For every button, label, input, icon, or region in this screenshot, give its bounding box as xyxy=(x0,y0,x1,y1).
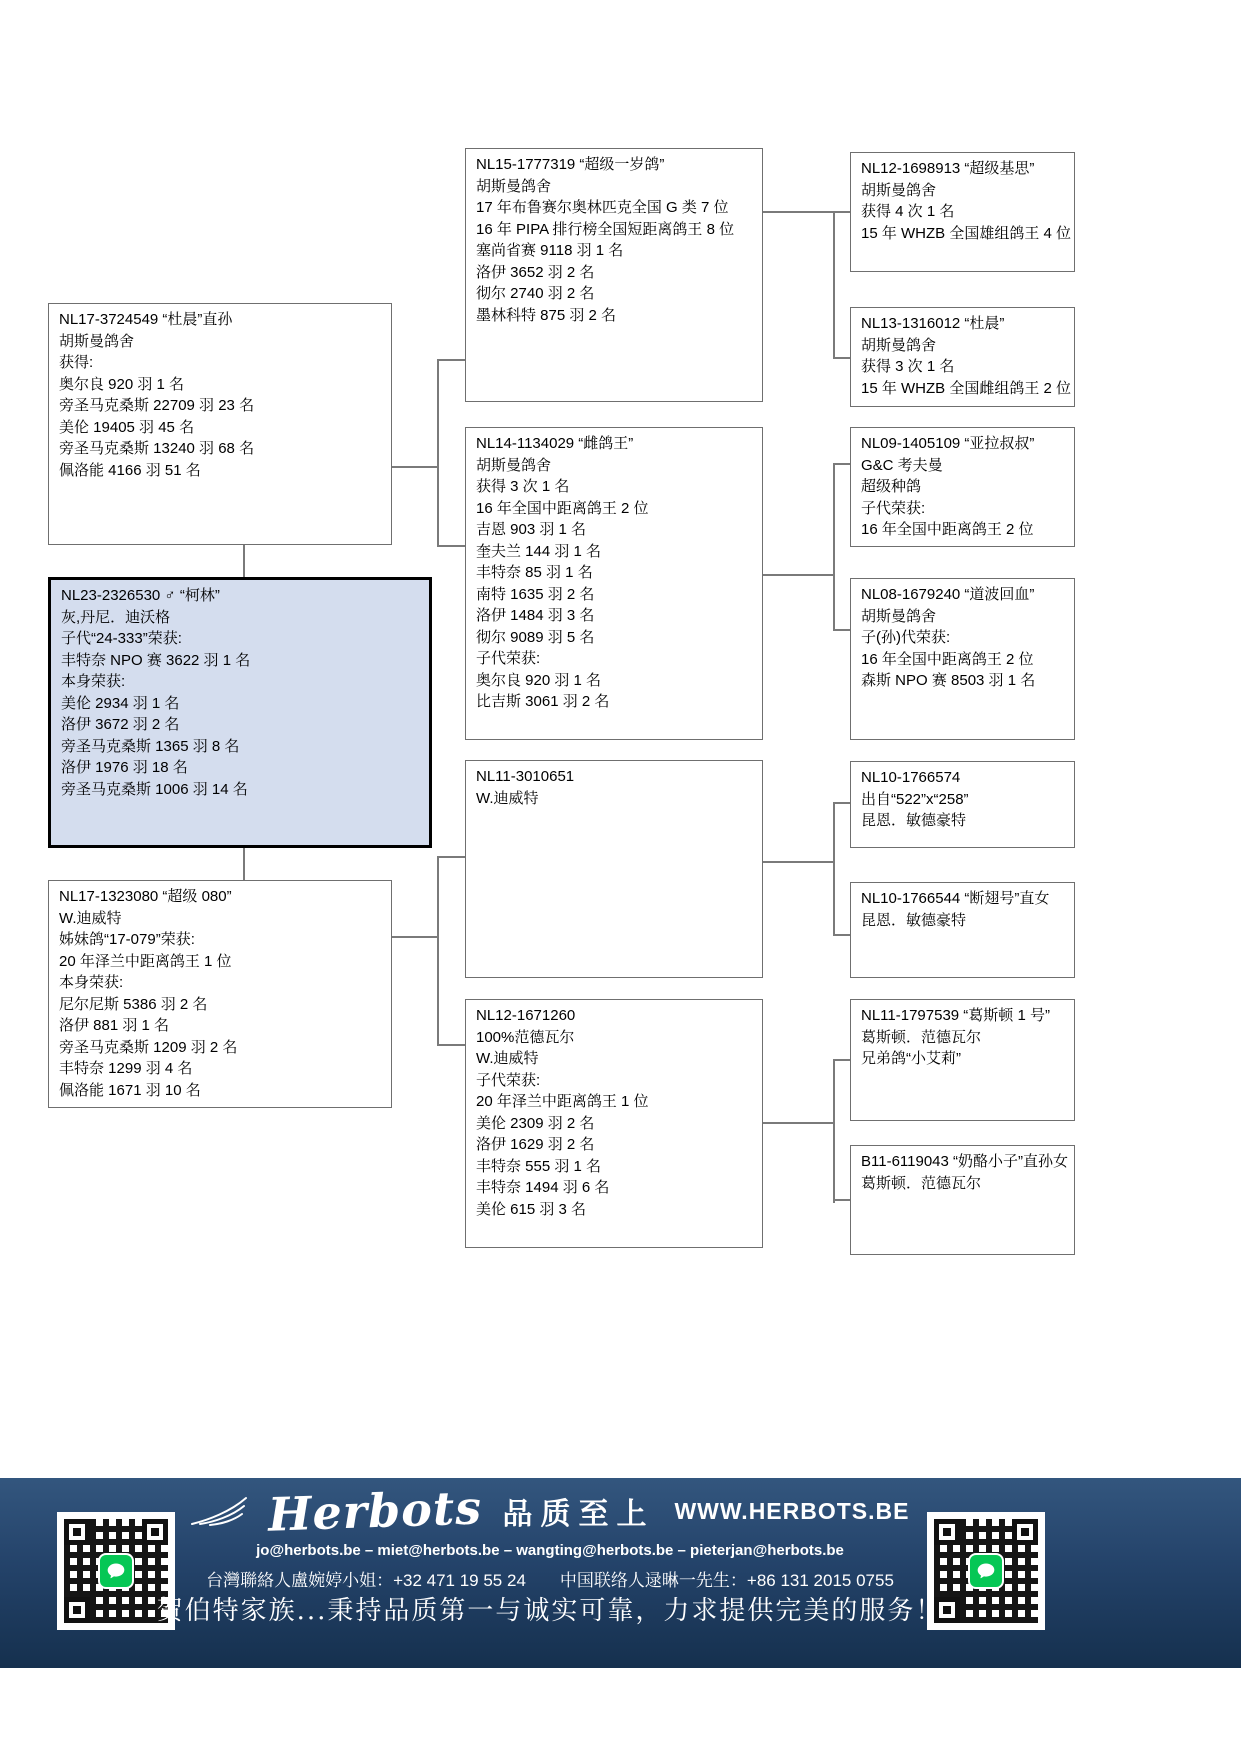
pedigree-line: W.迪威特 xyxy=(476,1048,762,1070)
pedigree-box-subject: NL23-2326530 ♂ “柯林” 灰,丹尼．迪沃格子代“24-333”荣获… xyxy=(48,577,432,848)
pedigree-line: 20 年泽兰中距离鸽王 1 位 xyxy=(59,951,391,973)
pigeon-id-title: NL15-1777319 “超级一岁鸽” xyxy=(476,154,762,176)
pedigree-line: 旁圣马克桑斯 1006 羽 14 名 xyxy=(61,779,429,801)
herbots-logo: Herbots xyxy=(268,1480,484,1541)
pedigree-line: 16 年全国中距离鸽王 2 位 xyxy=(861,649,1074,671)
pedigree-box-sire: NL17-3724549 “杜晨”直孙 胡斯曼鸽舍获得:奥尔良 920 羽 1 … xyxy=(48,303,392,545)
connector-line xyxy=(833,463,835,631)
pigeon-id-title: NL12-1698913 “超级基思” xyxy=(861,158,1074,180)
pigeon-result-lines: 昆恩．敏德豪特 xyxy=(861,910,1074,932)
connector-line xyxy=(763,574,833,576)
connector-line xyxy=(833,802,850,804)
pedigree-line: W.迪威特 xyxy=(59,908,391,930)
pedigree-line: 16 年 PIPA 排行榜全国短距离鸽王 8 位 xyxy=(476,219,762,241)
pedigree-line: 森斯 NPO 赛 8503 羽 1 名 xyxy=(861,670,1074,692)
pigeon-result-lines: 胡斯曼鸽舍获得 4 次 1 名15 年 WHZB 全国雄组鸽王 4 位 xyxy=(861,180,1074,245)
pedigree-line: 获得 3 次 1 名 xyxy=(476,476,762,498)
pigeon-result-lines: W.迪威特姊妹鸽“17-079”荣获:20 年泽兰中距离鸽王 1 位本身荣获:尼… xyxy=(59,908,391,1102)
pedigree-box-g3-4: NL08-1679240 “道波回血” 胡斯曼鸽舍子(孙)代荣获:16 年全国中… xyxy=(850,578,1075,740)
pedigree-line: 16 年全国中距离鸽王 2 位 xyxy=(476,498,762,520)
pedigree-line: 子代荣获: xyxy=(861,498,1074,520)
pedigree-line: 子代“24-333”荣获: xyxy=(61,628,429,650)
pedigree-line: 奥尔良 920 羽 1 名 xyxy=(59,374,391,396)
pigeon-result-lines: 胡斯曼鸽舍获得 3 次 1 名16 年全国中距离鸽王 2 位吉恩 903 羽 1… xyxy=(476,455,762,713)
pedigree-line: 洛伊 881 羽 1 名 xyxy=(59,1015,391,1037)
pedigree-line: 获得 4 次 1 名 xyxy=(861,201,1074,223)
connector-line xyxy=(833,629,850,631)
pedigree-line: 昆恩．敏德豪特 xyxy=(861,910,1074,932)
pedigree-line: 20 年泽兰中距离鸽王 1 位 xyxy=(476,1091,762,1113)
pigeon-id-title: NL17-3724549 “杜晨”直孙 xyxy=(59,309,391,331)
pedigree-line: 100%范德瓦尔 xyxy=(476,1027,762,1049)
pigeon-id-title: NL17-1323080 “超级 080” xyxy=(59,886,391,908)
pigeon-result-lines: 胡斯曼鸽舍获得:奥尔良 920 羽 1 名旁圣马克桑斯 22709 羽 23 名… xyxy=(59,331,391,482)
qr-finder-icon xyxy=(64,1519,90,1545)
pedigree-line: 比吉斯 3061 羽 2 名 xyxy=(476,691,762,713)
contact-phones: 台灣聯絡人盧婉婷小姐：+32 471 19 55 24 中国联络人逯晽一先生：+… xyxy=(185,1566,915,1591)
pedigree-line: 美伦 2934 羽 1 名 xyxy=(61,693,429,715)
pedigree-line: 丰特奈 555 羽 1 名 xyxy=(476,1156,762,1178)
pigeon-id-title: B11-6119043 “奶酪小子”直孙女 xyxy=(861,1151,1074,1173)
pedigree-line: 旁圣马克桑斯 22709 羽 23 名 xyxy=(59,395,391,417)
pigeon-id-title: NL11-1797539 “葛斯顿 1 号” xyxy=(861,1005,1074,1027)
qr-finder-icon xyxy=(1012,1519,1038,1545)
pedigree-line: 洛伊 3652 羽 2 名 xyxy=(476,262,762,284)
connector-line xyxy=(392,936,437,938)
connector-line xyxy=(833,1199,850,1201)
pigeon-id-title: NL08-1679240 “道波回血” xyxy=(861,584,1074,606)
pedigree-line: 丰特奈 1299 羽 4 名 xyxy=(59,1058,391,1080)
pedigree-line: 丰特奈 1494 羽 6 名 xyxy=(476,1177,762,1199)
connector-line xyxy=(243,848,245,880)
pigeon-id-title: NL10-1766574 xyxy=(861,767,1074,789)
pigeon-result-lines: 出自“522”x“258”昆恩．敏德豪特 xyxy=(861,789,1074,832)
connector-line xyxy=(763,211,850,213)
pigeon-result-lines: 100%范德瓦尔W.迪威特子代荣获:20 年泽兰中距离鸽王 1 位美伦 2309… xyxy=(476,1027,762,1221)
connector-line xyxy=(437,545,465,547)
pedigree-box-dam-dam: NL12-1671260 100%范德瓦尔W.迪威特子代荣获:20 年泽兰中距离… xyxy=(465,999,763,1248)
pigeon-id-title: NL23-2326530 ♂ “柯林” xyxy=(61,585,429,607)
connector-line xyxy=(833,934,850,936)
pigeon-id-title: NL13-1316012 “杜晨” xyxy=(861,313,1074,335)
pigeon-id-title: NL11-3010651 xyxy=(476,766,762,788)
pedigree-line: 胡斯曼鸽舍 xyxy=(861,606,1074,628)
wechat-qr-code xyxy=(927,1512,1045,1630)
pedigree-line: 灰,丹尼．迪沃格 xyxy=(61,607,429,629)
pedigree-box-sire-dam: NL14-1134029 “雌鸽王” 胡斯曼鸽舍获得 3 次 1 名16 年全国… xyxy=(465,427,763,740)
pedigree-box-g3-5: NL10-1766574 出自“522”x“258”昆恩．敏德豪特 xyxy=(850,761,1075,848)
pedigree-line: 胡斯曼鸽舍 xyxy=(476,455,762,477)
brand-row: Herbots 品质至上 WWW.HERBOTS.BE xyxy=(185,1482,915,1540)
pedigree-line: 15 年 WHZB 全国雌组鸽王 2 位 xyxy=(861,378,1074,400)
connector-line xyxy=(243,545,245,577)
pedigree-line: 姊妹鸽“17-079”荣获: xyxy=(59,929,391,951)
wing-icon xyxy=(190,1494,248,1528)
connector-line xyxy=(763,861,833,863)
pigeon-result-lines: 胡斯曼鸽舍子(孙)代荣获:16 年全国中距离鸽王 2 位森斯 NPO 赛 850… xyxy=(861,606,1074,692)
chat-bubble-icon xyxy=(106,1561,126,1581)
pedigree-line: 胡斯曼鸽舍 xyxy=(476,176,762,198)
pedigree-line: 洛伊 1484 羽 3 名 xyxy=(476,605,762,627)
pedigree-line: 尼尔尼斯 5386 羽 2 名 xyxy=(59,994,391,1016)
pedigree-line: 出自“522”x“258” xyxy=(861,789,1074,811)
connector-line xyxy=(437,856,465,858)
pedigree-line: 美伦 2309 羽 2 名 xyxy=(476,1113,762,1135)
pedigree-line: 子代荣获: xyxy=(476,648,762,670)
connector-line xyxy=(392,466,437,468)
pedigree-line: 旁圣马克桑斯 1209 羽 2 名 xyxy=(59,1037,391,1059)
connector-line xyxy=(833,357,850,359)
pedigree-line: 洛伊 3672 羽 2 名 xyxy=(61,714,429,736)
qr-finder-icon xyxy=(64,1597,90,1623)
connector-line xyxy=(833,1059,835,1203)
pedigree-box-g3-7: NL11-1797539 “葛斯顿 1 号” 葛斯顿．范德瓦尔兄弟鸽“小艾莉” xyxy=(850,999,1075,1121)
pedigree-line: 17 年布鲁赛尔奥林匹克全国 G 类 7 位 xyxy=(476,197,762,219)
pedigree-line: 丰特奈 85 羽 1 名 xyxy=(476,562,762,584)
pedigree-line: 获得 3 次 1 名 xyxy=(861,356,1074,378)
pigeon-result-lines: G&C 考夫曼超级种鸽子代荣获:16 年全国中距离鸽王 2 位 xyxy=(861,455,1074,541)
pedigree-line: 彻尔 9089 羽 5 名 xyxy=(476,627,762,649)
pedigree-line: 佩洛能 4166 羽 51 名 xyxy=(59,460,391,482)
connector-line xyxy=(437,359,439,547)
slogan-text: 贺伯特家族...秉持品质第一与诚实可靠，力求提供完美的服务！ xyxy=(150,1590,950,1627)
pedigree-line: 洛伊 1976 羽 18 名 xyxy=(61,757,429,779)
pedigree-line: 获得: xyxy=(59,352,391,374)
pigeon-result-lines: W.迪威特 xyxy=(476,788,762,810)
connector-line xyxy=(437,856,439,1046)
pedigree-line: 奥尔良 920 羽 1 名 xyxy=(476,670,762,692)
connector-line xyxy=(763,1122,833,1124)
pedigree-box-sire-sire: NL15-1777319 “超级一岁鸽” 胡斯曼鸽舍17 年布鲁赛尔奥林匹克全国… xyxy=(465,148,763,402)
pigeon-id-title: NL14-1134029 “雌鸽王” xyxy=(476,433,762,455)
pedigree-box-g3-6: NL10-1766544 “断翅号”直女 昆恩．敏德豪特 xyxy=(850,882,1075,978)
pedigree-line: 奎夫兰 144 羽 1 名 xyxy=(476,541,762,563)
pedigree-line: 佩洛能 1671 羽 10 名 xyxy=(59,1080,391,1102)
pedigree-box-g3-1: NL12-1698913 “超级基思” 胡斯曼鸽舍获得 4 次 1 名15 年 … xyxy=(850,152,1075,272)
pedigree-line: 胡斯曼鸽舍 xyxy=(861,180,1074,202)
pedigree-line: 彻尔 2740 羽 2 名 xyxy=(476,283,762,305)
wechat-chat-icon xyxy=(968,1553,1004,1589)
chat-bubble-icon xyxy=(976,1561,996,1581)
connector-line xyxy=(437,359,465,361)
pedigree-line: 16 年全国中距离鸽王 2 位 xyxy=(861,519,1074,541)
pigeon-result-lines: 胡斯曼鸽舍17 年布鲁赛尔奥林匹克全国 G 类 7 位16 年 PIPA 排行榜… xyxy=(476,176,762,327)
pedigree-line: 昆恩．敏德豪特 xyxy=(861,810,1074,832)
pigeon-result-lines: 灰,丹尼．迪沃格子代“24-333”荣获:丰特奈 NPO 赛 3622 羽 1 … xyxy=(61,607,429,801)
pedigree-line: 子代荣获: xyxy=(476,1070,762,1092)
pedigree-line: 旁圣马克桑斯 13240 羽 68 名 xyxy=(59,438,391,460)
footer-banner: Herbots 品质至上 WWW.HERBOTS.BE jo@herbots.b… xyxy=(0,1478,1241,1668)
connector-line xyxy=(833,463,850,465)
pedigree-line: 南特 1635 羽 2 名 xyxy=(476,584,762,606)
pedigree-line: 旁圣马克桑斯 1365 羽 8 名 xyxy=(61,736,429,758)
qr-finder-icon xyxy=(934,1519,960,1545)
pigeon-result-lines: 葛斯顿．范德瓦尔 xyxy=(861,1173,1074,1195)
pedigree-line: W.迪威特 xyxy=(476,788,762,810)
pedigree-box-g3-3: NL09-1405109 “亚拉叔叔” G&C 考夫曼超级种鸽子代荣获:16 年… xyxy=(850,427,1075,547)
pigeon-id-title: NL12-1671260 xyxy=(476,1005,762,1027)
tagline-text: 品质至上 xyxy=(502,1489,654,1533)
pedigree-line: 15 年 WHZB 全国雄组鸽王 4 位 xyxy=(861,223,1074,245)
pedigree-line: 丰特奈 NPO 赛 3622 羽 1 名 xyxy=(61,650,429,672)
pedigree-line: 墨林科特 875 羽 2 名 xyxy=(476,305,762,327)
pigeon-result-lines: 葛斯顿．范德瓦尔兄弟鸽“小艾莉” xyxy=(861,1027,1074,1070)
pedigree-line: 兄弟鸽“小艾莉” xyxy=(861,1048,1074,1070)
pedigree-line: 吉恩 903 羽 1 名 xyxy=(476,519,762,541)
pedigree-box-g3-2: NL13-1316012 “杜晨” 胡斯曼鸽舍获得 3 次 1 名15 年 WH… xyxy=(850,307,1075,407)
pigeon-id-title: NL09-1405109 “亚拉叔叔” xyxy=(861,433,1074,455)
pedigree-line: 美伦 615 羽 3 名 xyxy=(476,1199,762,1221)
pedigree-line: 葛斯顿．范德瓦尔 xyxy=(861,1173,1074,1195)
pedigree-line: G&C 考夫曼 xyxy=(861,455,1074,477)
pedigree-line: 美伦 19405 羽 45 名 xyxy=(59,417,391,439)
pedigree-line: 子(孙)代荣获: xyxy=(861,627,1074,649)
pedigree-line: 胡斯曼鸽舍 xyxy=(59,331,391,353)
pigeon-result-lines: 胡斯曼鸽舍获得 3 次 1 名15 年 WHZB 全国雌组鸽王 2 位 xyxy=(861,335,1074,400)
line-chat-icon xyxy=(98,1553,134,1589)
qr-finder-icon xyxy=(142,1519,168,1545)
connector-line xyxy=(437,1044,465,1046)
connector-line xyxy=(833,1059,850,1061)
pedigree-box-g3-8: B11-6119043 “奶酪小子”直孙女 葛斯顿．范德瓦尔 xyxy=(850,1145,1075,1255)
connector-line xyxy=(833,211,835,359)
pedigree-line: 胡斯曼鸽舍 xyxy=(861,335,1074,357)
pedigree-box-dam: NL17-1323080 “超级 080” W.迪威特姊妹鸽“17-079”荣获… xyxy=(48,880,392,1108)
pedigree-line: 超级种鸽 xyxy=(861,476,1074,498)
pedigree-line: 葛斯顿．范德瓦尔 xyxy=(861,1027,1074,1049)
pedigree-page: NL17-3724549 “杜晨”直孙 胡斯曼鸽舍获得:奥尔良 920 羽 1 … xyxy=(0,0,1241,1755)
email-list: jo@herbots.be – miet@herbots.be – wangti… xyxy=(185,1542,915,1559)
qr-finder-icon xyxy=(934,1597,960,1623)
pedigree-line: 洛伊 1629 羽 2 名 xyxy=(476,1134,762,1156)
pedigree-box-dam-sire: NL11-3010651 W.迪威特 xyxy=(465,760,763,978)
pedigree-line: 本身荣获: xyxy=(59,972,391,994)
pedigree-line: 本身荣获: xyxy=(61,671,429,693)
pigeon-id-title: NL10-1766544 “断翅号”直女 xyxy=(861,888,1074,910)
website-text: WWW.HERBOTS.BE xyxy=(674,1498,909,1525)
pedigree-line: 塞尚省赛 9118 羽 1 名 xyxy=(476,240,762,262)
connector-line xyxy=(833,802,835,936)
